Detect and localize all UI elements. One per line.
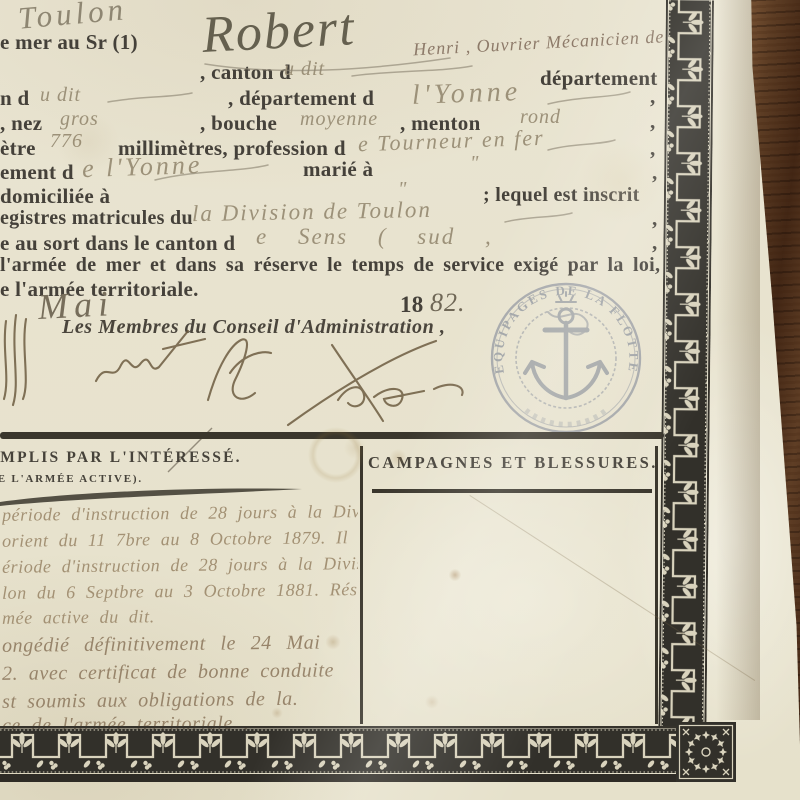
- right-box-edge: [655, 446, 658, 724]
- section-divider-bar: [0, 432, 664, 439]
- service-line: lon du 6 Septbre au 3 Octobre 1881. Rése…: [2, 579, 358, 604]
- hw-bouche: moyenne: [300, 108, 378, 131]
- printed-marie-a: marié à: [303, 157, 373, 182]
- hw-dept-yonne: e l'Yonne: [82, 150, 203, 184]
- column-divider: [360, 446, 363, 724]
- hw-line3a: u dit: [40, 84, 81, 107]
- hw-ditto1: ": [470, 152, 479, 175]
- printed-tirage: e au sort dans le canton d: [0, 231, 235, 256]
- printed-canton: , canton d: [200, 60, 291, 85]
- service-line: st soumis aux obligations de la.: [2, 687, 358, 714]
- printed-line1: e mer au Sr (1): [0, 30, 138, 55]
- printed-departement-right: département: [540, 66, 658, 91]
- left-section-subtitle: DE L'ARMÉE ACTIVE).: [0, 473, 143, 485]
- hw-line3b: l'Yonne: [411, 76, 521, 112]
- service-line: 2. avec certificat de bonne conduite: [2, 659, 358, 686]
- printed-bouche: , bouche: [200, 111, 277, 136]
- printed-armee-mer: l'armée de mer et dans sa réserve le tem…: [0, 254, 694, 277]
- border-corner-medallion: [676, 722, 736, 782]
- comma-r3: ,: [650, 84, 656, 109]
- printed-nez: , nez: [0, 111, 42, 136]
- printed-metre: ètre: [0, 136, 36, 161]
- printed-lequel-inscrit: ; lequel est inscrit: [483, 184, 640, 207]
- anchor-icon: [525, 292, 607, 398]
- signature-1: [96, 331, 205, 381]
- comma-r4: ,: [650, 109, 656, 134]
- service-line: mée active du dit.: [2, 604, 358, 629]
- left-section-title: OMPLIS PAR L'INTÉRESSÉ.: [0, 449, 242, 467]
- hw-division: la Division de Toulon: [192, 197, 432, 227]
- hw-sens: e Sens ( sud ,: [256, 224, 493, 250]
- service-line: orient du 11 7bre au 8 Octobre 1879. Il …: [2, 527, 358, 552]
- comma-r5: ,: [650, 136, 656, 161]
- hw-canton: u dit: [284, 58, 325, 81]
- service-line: ongédié définitivement le 24 Mai: [2, 631, 358, 658]
- comma-r6: ,: [652, 160, 658, 185]
- signature-3: [338, 385, 463, 407]
- hw-surname: Robert: [201, 0, 357, 65]
- framed-document-photo: Toulon e mer au Sr (1) Robert Henri , Ou…: [0, 0, 800, 800]
- printed-line3a: n d: [0, 86, 30, 111]
- signatures: [0, 303, 480, 438]
- signature-left-strokes: [4, 315, 26, 405]
- border-right: [658, 0, 714, 726]
- printed-registres: egistres matricules du: [0, 207, 193, 230]
- printed-domiciliee: domiciliée à: [0, 184, 110, 209]
- service-line: période d'instruction de 28 jours à la D…: [2, 501, 358, 526]
- campagnes-title: CAMPAGNES ET BLESSURES.: [368, 453, 656, 473]
- hw-taille: 776: [50, 130, 83, 153]
- signature-2: [208, 339, 271, 400]
- signature-cross: [288, 341, 436, 425]
- flotte-stamp: ÉQUIPAGES DE LA FLOTTE: [481, 276, 651, 441]
- border-bottom: [0, 726, 678, 786]
- comma-r8: ,: [652, 206, 658, 231]
- campagnes-underline: [372, 489, 652, 493]
- comma-r9: ,: [652, 230, 658, 255]
- hw-nez: gros: [60, 108, 99, 131]
- printed-ement-d: ement d: [0, 160, 74, 185]
- service-line: ériode d'instruction de 28 jours à la Di…: [2, 553, 358, 578]
